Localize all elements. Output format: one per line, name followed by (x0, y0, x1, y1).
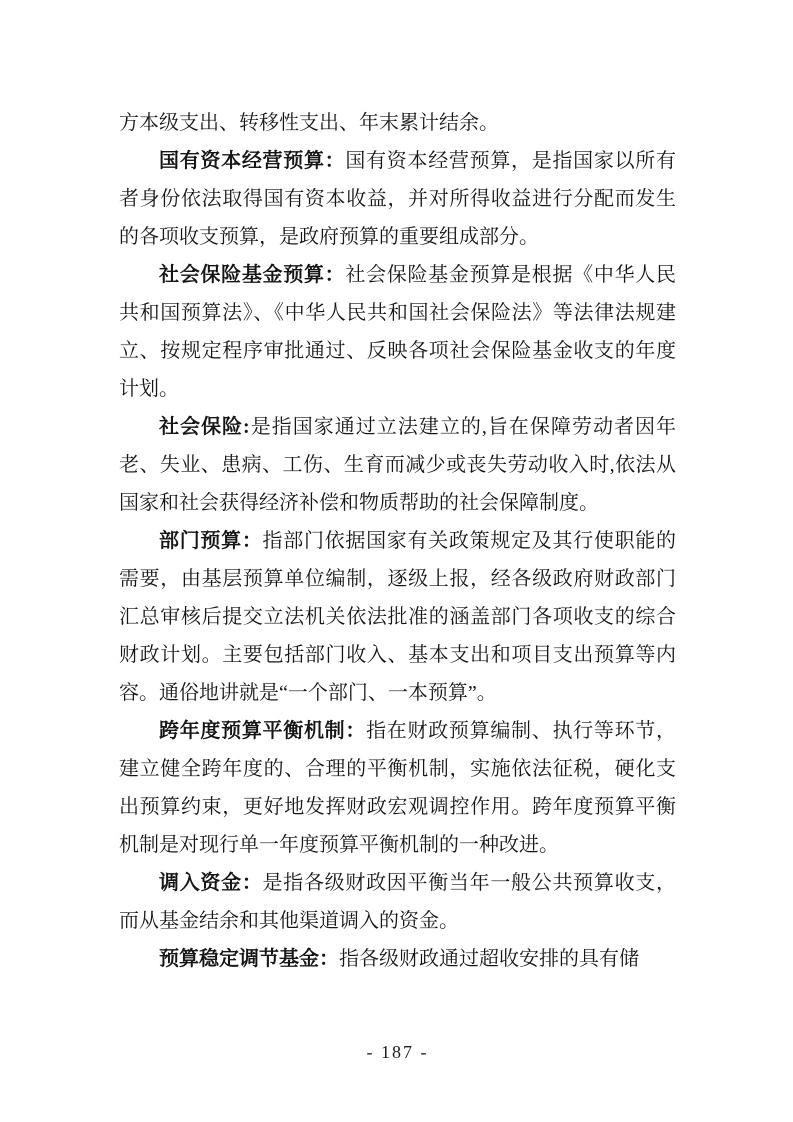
page-number: - 187 - (119, 1042, 676, 1063)
glossary-entry-state-capital-budget: 国有资本经营预算：国有资本经营预算，是指国家以所有者身份依法取得国有资本收益，并… (119, 142, 676, 256)
glossary-entry-transferred-in-funds: 调入资金：是指各级财政因平衡当年一般公共预算收支，而从基金结余和其他渠道调入的资… (119, 864, 676, 940)
glossary-term: 预算稳定调节基金： (159, 948, 339, 970)
glossary-definition: 指部门依据国家有关政策规定及其行使职能的需要，由基层预算单位编制，逐级上报，经各… (119, 530, 676, 704)
paragraph-continuation: 方本级支出、转移性支出、年末累计结余。 (119, 104, 676, 142)
glossary-term: 社会保险基金预算： (159, 264, 345, 286)
glossary-entry-cross-year-balance-mechanism: 跨年度预算平衡机制：指在财政预算编制、执行等环节，建立健全跨年度的、合理的平衡机… (119, 712, 676, 864)
glossary-entry-social-insurance-fund-budget: 社会保险基金预算：社会保险基金预算是根据《中华人民共和国预算法》、《中华人民共和… (119, 256, 676, 408)
glossary-entry-social-insurance: 社会保险:是指国家通过立法建立的,旨在保障劳动者因年老、失业、患病、工伤、生育而… (119, 408, 676, 522)
glossary-term: 调入资金： (159, 872, 263, 894)
glossary-entry-department-budget: 部门预算：指部门依据国家有关政策规定及其行使职能的需要，由基层预算单位编制，逐级… (119, 522, 676, 712)
page-body-text: 方本级支出、转移性支出、年末累计结余。 国有资本经营预算：国有资本经营预算，是指… (119, 104, 676, 978)
glossary-term: 国有资本经营预算： (159, 150, 345, 172)
document-page: 方本级支出、转移性支出、年末累计结余。 国有资本经营预算：国有资本经营预算，是指… (0, 0, 793, 1122)
glossary-definition: 指各级财政通过超收安排的具有储 (339, 948, 639, 970)
glossary-term: 社会保险: (159, 416, 250, 438)
glossary-entry-budget-stabilization-fund: 预算稳定调节基金：指各级财政通过超收安排的具有储 (119, 940, 676, 978)
glossary-term: 跨年度预算平衡机制： (159, 720, 366, 742)
glossary-term: 部门预算： (159, 530, 263, 552)
